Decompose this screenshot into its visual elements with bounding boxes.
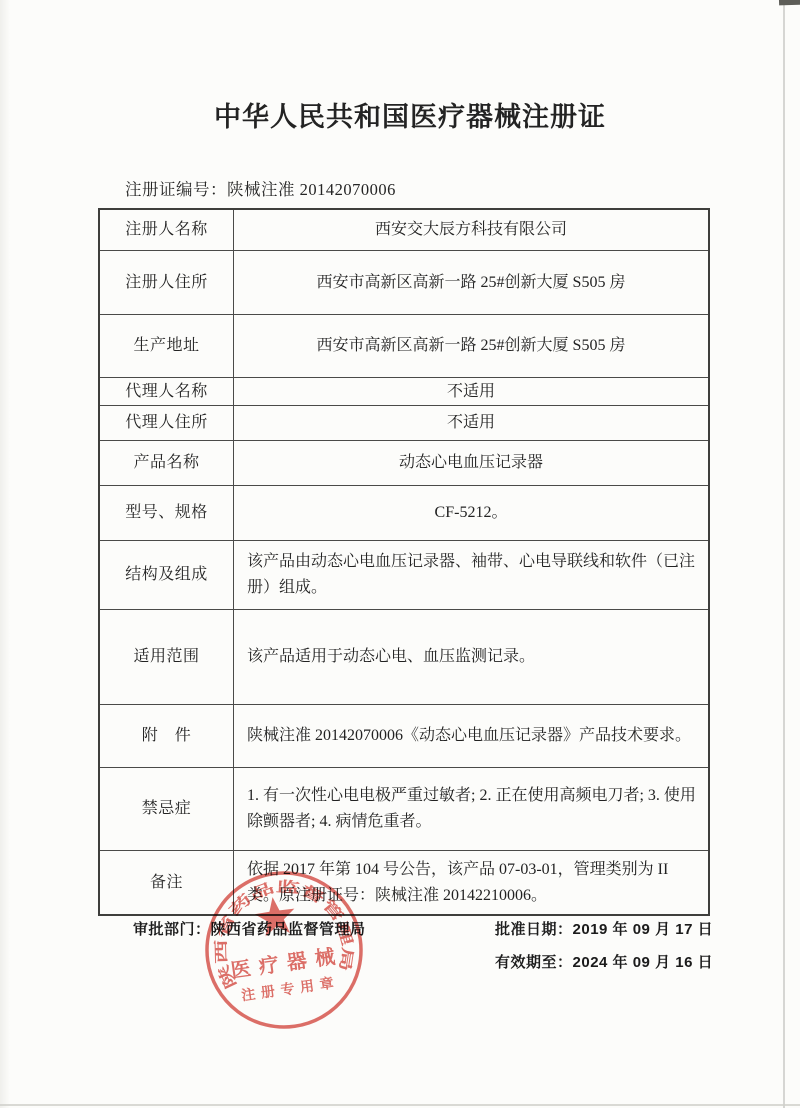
table-row-scope-of-application: 适用范围 该产品适用于动态心电、血压监测记录。 — [100, 609, 708, 704]
approval-date-line: 批准日期：2019 年 09 月 17 日 — [495, 918, 713, 939]
row-value-production-address: 西安市高新区高新一路 25#创新大厦 S505 房 — [233, 315, 708, 377]
seal-text-line1: 医疗器械 — [229, 944, 337, 983]
row-label-remarks: 备注 — [100, 851, 233, 914]
row-value-model-spec: CF-5212。 — [233, 486, 708, 540]
table-row-registrant-address: 注册人住所 西安市高新区高新一路 25#创新大厦 S505 房 — [100, 250, 708, 314]
certificate-title: 中华人民共和国医疗器械注册证 — [214, 95, 634, 134]
row-value-remarks: 依据 2017 年第 104 号公告，该产品 07-03-01，管理类别为 II… — [233, 851, 708, 914]
table-row-product-name: 产品名称 动态心电血压记录器 — [100, 440, 708, 485]
scan-edge-right — [783, 0, 785, 1108]
row-label-attachment: 附 件 — [100, 705, 233, 767]
certificate-table: 注册人名称 西安交大辰方科技有限公司 注册人住所 西安市高新区高新一路 25#创… — [98, 208, 710, 916]
row-label-structure-composition: 结构及组成 — [100, 541, 233, 609]
table-row-agent-name: 代理人名称 不适用 — [100, 377, 708, 405]
table-row-contraindications: 禁忌症 1. 有一次性心电电极严重过敏者; 2. 正在使用高频电刀者; 3. 使… — [100, 767, 708, 850]
approval-department-line: 审批部门：陕西省药品监督管理局 — [133, 918, 366, 939]
valid-until-line: 有效期至：2024 年 09 月 16 日 — [495, 951, 713, 972]
approval-date-value: 2019 年 09 月 17 日 — [573, 921, 714, 938]
scan-corner-mark — [779, 0, 800, 5]
table-row-remarks: 备注 依据 2017 年第 104 号公告，该产品 07-03-01，管理类别为… — [100, 850, 708, 914]
row-value-contraindications: 1. 有一次性心电电极严重过敏者; 2. 正在使用高频电刀者; 3. 使用除颤器… — [233, 768, 708, 850]
row-value-registrant-name: 西安交大辰方科技有限公司 — [233, 210, 708, 250]
row-value-structure-composition: 该产品由动态心电血压记录器、袖带、心电导联线和软件（已注册）组成。 — [233, 541, 708, 609]
table-row-model-spec: 型号、规格 CF-5212。 — [100, 485, 708, 540]
valid-until-label: 有效期至： — [495, 954, 573, 971]
table-row-structure-composition: 结构及组成 该产品由动态心电血压记录器、袖带、心电导联线和软件（已注册）组成。 — [100, 540, 708, 609]
valid-until-value: 2024 年 09 月 16 日 — [573, 954, 714, 971]
scan-edge-bottom — [0, 1104, 800, 1106]
approval-department-label: 审批部门： — [133, 921, 211, 938]
seal-text-line2: 注册专用章 — [240, 975, 334, 1004]
registration-number-label: 注册证编号： — [125, 180, 227, 199]
row-label-registrant-address: 注册人住所 — [100, 251, 233, 314]
table-row-registrant-name: 注册人名称 西安交大辰方科技有限公司 — [100, 210, 708, 250]
approval-date-label: 批准日期： — [495, 921, 573, 938]
row-value-scope-of-application: 该产品适用于动态心电、血压监测记录。 — [233, 610, 708, 704]
row-label-model-spec: 型号、规格 — [100, 486, 233, 540]
row-value-agent-address: 不适用 — [233, 406, 708, 440]
row-value-attachment: 陕械注准 20142070006《动态心电血压记录器》产品技术要求。 — [233, 705, 708, 767]
table-row-attachment: 附 件 陕械注准 20142070006《动态心电血压记录器》产品技术要求。 — [100, 704, 708, 767]
row-label-agent-name: 代理人名称 — [100, 378, 233, 405]
row-label-scope-of-application: 适用范围 — [100, 610, 233, 704]
row-label-agent-address: 代理人住所 — [100, 406, 233, 440]
row-value-agent-name: 不适用 — [233, 378, 708, 405]
row-label-production-address: 生产地址 — [100, 315, 233, 377]
row-value-product-name: 动态心电血压记录器 — [233, 441, 708, 485]
table-row-production-address: 生产地址 西安市高新区高新一路 25#创新大厦 S505 房 — [100, 314, 708, 377]
table-row-agent-address: 代理人住所 不适用 — [100, 405, 708, 440]
approval-department-value: 陕西省药品监督管理局 — [211, 921, 366, 938]
registration-number-value: 陕械注准 20142070006 — [227, 180, 396, 199]
registration-number-line: 注册证编号：陕械注准 20142070006 — [125, 176, 396, 200]
row-label-registrant-name: 注册人名称 — [100, 210, 233, 250]
row-value-registrant-address: 西安市高新区高新一路 25#创新大厦 S505 房 — [233, 251, 708, 314]
row-label-product-name: 产品名称 — [100, 441, 233, 485]
scan-shadow-left — [0, 0, 10, 1108]
row-label-contraindications: 禁忌症 — [100, 768, 233, 850]
